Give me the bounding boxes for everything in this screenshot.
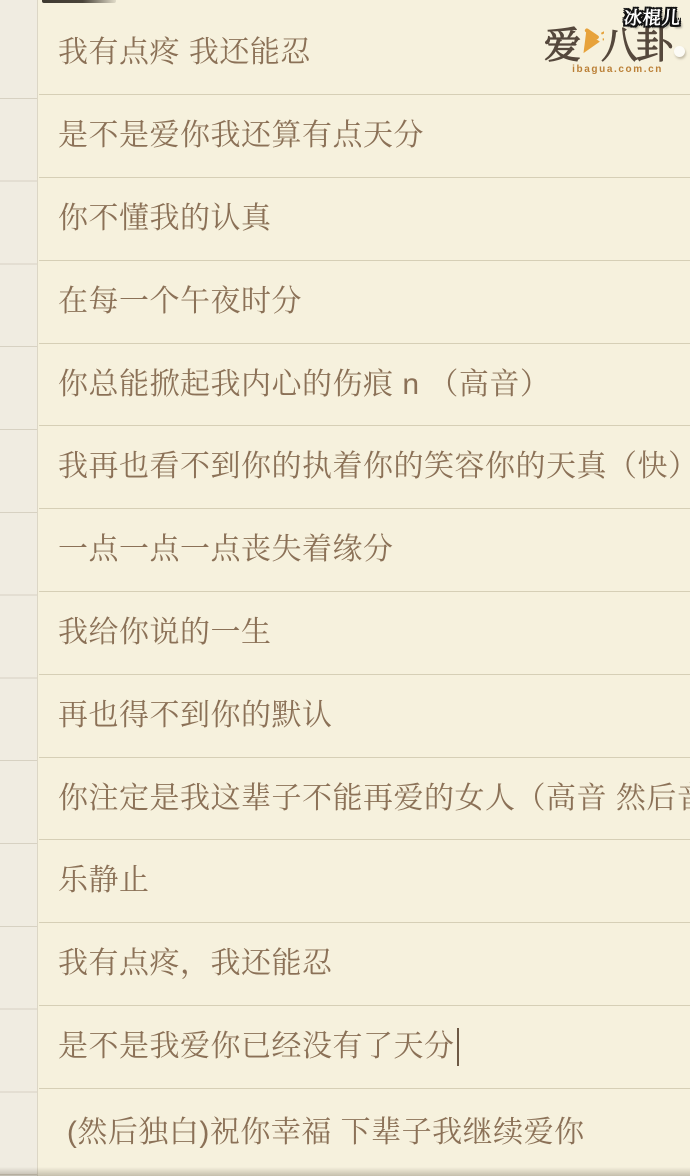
lyric-text[interactable]: (然后独白)祝你幸福 下辈子我继续爱你 bbox=[58, 1115, 585, 1151]
site-logo: 爱 八卦 bbox=[535, 26, 685, 67]
lyric-text[interactable]: 你不懂我的认真 bbox=[58, 201, 272, 237]
watermark-badge: 冰棍儿 bbox=[623, 4, 682, 30]
lyric-text[interactable]: 在每一个午夜时分 bbox=[58, 284, 302, 320]
lyric-row[interactable]: 一点一点一点丧失着缘分 bbox=[39, 508, 690, 591]
lyric-text[interactable]: 我给你说的一生 bbox=[58, 615, 272, 651]
logo-text-rest: 八卦 bbox=[601, 26, 671, 67]
text-cursor bbox=[457, 1028, 460, 1066]
lyric-row[interactable]: (然后独白)祝你幸福 下辈子我继续爱你 bbox=[39, 1088, 690, 1176]
lyric-text[interactable]: 是不是爱你我还算有点天分 bbox=[58, 118, 424, 154]
lyric-text[interactable]: 你总能掀起我内心的伤痕 n （高音） bbox=[58, 367, 550, 403]
lyric-text[interactable]: 一点一点一点丧失着缘分 bbox=[58, 532, 394, 568]
left-margin-strip bbox=[0, 0, 38, 1176]
lyric-row[interactable]: 你不懂我的认真 bbox=[39, 177, 690, 260]
lyric-text[interactable]: 是不是我爱你已经没有了天分 bbox=[58, 1029, 455, 1065]
lyric-text[interactable]: 我有点疼 我还能忍 bbox=[58, 35, 311, 71]
lyric-text[interactable]: 再也得不到你的默认 bbox=[58, 698, 333, 734]
lyric-row[interactable]: 你注定是我这辈子不能再爱的女人（高音 然后音 bbox=[39, 757, 690, 840]
lyric-text[interactable]: 你注定是我这辈子不能再爱的女人（高音 然后音 bbox=[58, 781, 690, 817]
bottom-edge-shadow bbox=[0, 1167, 690, 1176]
logo-text-first: 爱 bbox=[544, 26, 579, 67]
lyric-row[interactable]: 我再也看不到你的执着你的笑容你的天真（快） bbox=[39, 425, 690, 508]
logo-dot bbox=[674, 46, 685, 57]
lyric-row[interactable]: 在每一个午夜时分 bbox=[39, 260, 690, 343]
lyric-row[interactable]: 乐静止 bbox=[39, 839, 690, 922]
lyric-row[interactable]: 是不是爱你我还算有点天分 bbox=[39, 94, 690, 177]
lyric-row[interactable]: 我给你说的一生 bbox=[39, 591, 690, 674]
lyric-text[interactable]: 我再也看不到你的执着你的笑容你的天真（快） bbox=[58, 449, 690, 485]
lyric-row[interactable]: 是不是我爱你已经没有了天分 bbox=[39, 1005, 690, 1088]
lyric-row[interactable]: 你总能掀起我内心的伤痕 n （高音） bbox=[39, 343, 690, 426]
lyrics-list: 我有点疼 我还能忍 是不是爱你我还算有点天分 你不懂我的认真 在每一个午夜时分 … bbox=[39, 0, 690, 1176]
lyric-text[interactable]: 我有点疼，我还能忍 bbox=[58, 946, 333, 982]
lyric-row[interactable]: 再也得不到你的默认 bbox=[39, 674, 690, 757]
lyric-text[interactable]: 乐静止 bbox=[58, 863, 150, 899]
lyric-row[interactable]: 我有点疼，我还能忍 bbox=[39, 922, 690, 1005]
watermark: 冰棍儿 爱 八卦 ibagua.com.cn bbox=[535, 4, 685, 75]
